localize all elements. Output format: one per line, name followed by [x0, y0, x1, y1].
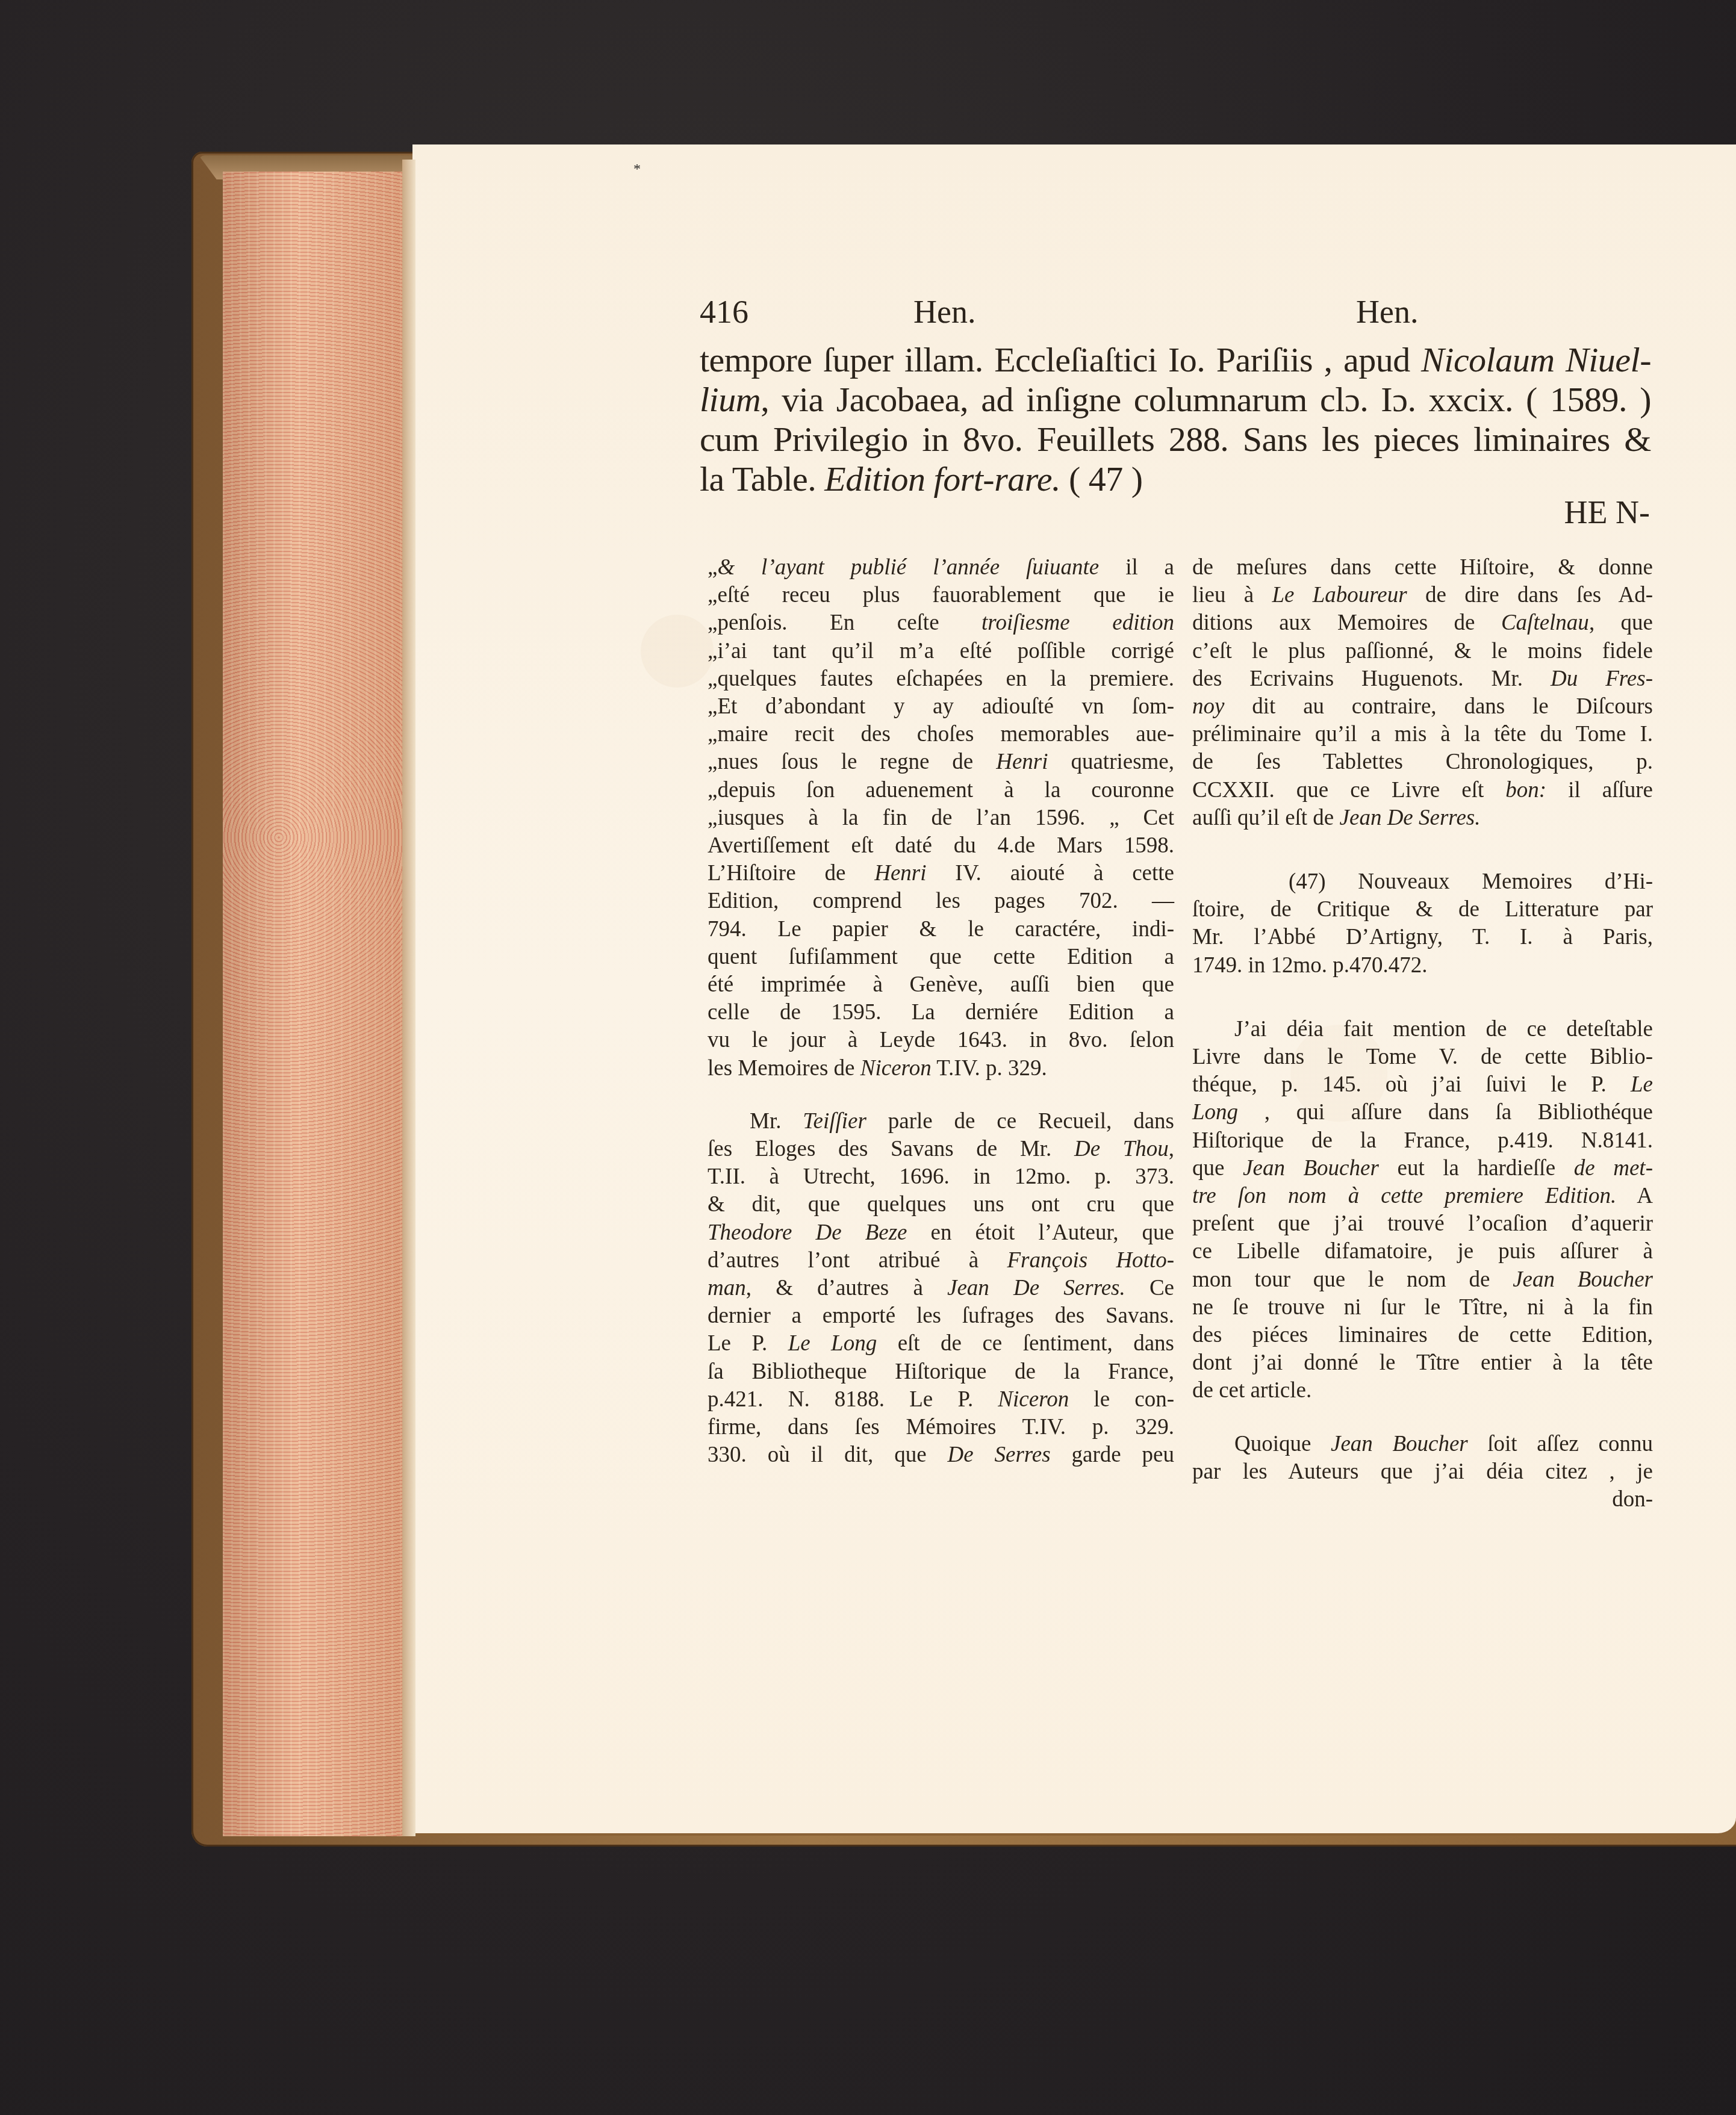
text-line: cum Privilegio in 8vo. Feuillets 288. Sa… — [700, 420, 1651, 459]
catchword-bottom: don- — [1192, 1486, 1653, 1514]
asterisk-mark: * — [633, 161, 641, 178]
text-line: théque, p. 145. où j’ai ſuivi le P. Le — [1192, 1071, 1653, 1099]
paragraph-gap — [1192, 832, 1653, 868]
text-line: par les Auteurs que j’ai déia citez , je — [1192, 1458, 1653, 1486]
running-head: 416 Hen. Hen. — [700, 288, 1651, 336]
text-line: lieu à Le Laboureur de dire dans ſes Ad- — [1192, 582, 1653, 609]
text-line: la Table. Edition fort-rare. ( 47 ) — [700, 459, 1651, 499]
text-line: & dit, que quelques uns ont cru que — [708, 1191, 1174, 1219]
text-line: de cet article. — [1192, 1377, 1653, 1405]
footnote-line: Mr. l’Abbé D’Artigny, T. I. à Paris, — [1192, 924, 1653, 951]
running-head-left: Hen. — [913, 288, 975, 336]
text-line: ce Libelle difamatoire, je puis aſſurer … — [1192, 1238, 1653, 1266]
text-line: de meſures dans cette Hiſtoire, & donne — [1192, 554, 1653, 582]
text-line: Livre dans le Tome V. de cette Biblio- — [1192, 1043, 1653, 1071]
text-line: 330. où il dit, que De Serres garde peu — [708, 1441, 1174, 1469]
text-line: auſſi qu’il eſt de Jean De Serres. — [1192, 804, 1653, 832]
left-column: „& l’ayant publié l’année ſuiuante il a … — [708, 554, 1174, 1470]
text-line: quent ſufiſamment que cette Edition a — [708, 943, 1174, 971]
text-line: ſes Eloges des Savans de Mr. De Thou, — [708, 1135, 1174, 1163]
text-line: L’Hiſtoire de Henri IV. aiouté à cette — [708, 860, 1174, 887]
text-line: des piéces liminaires de cette Edition, — [1192, 1321, 1653, 1349]
italic-name: Nicolaum Niuel- — [1421, 340, 1651, 379]
text-line: Avertiſſement eſt daté du 4.de Mars 1598… — [708, 832, 1174, 860]
text-line: 794. Le papier & le caractére, indi- — [708, 916, 1174, 943]
text-line: été imprimée à Genève, auſſi bien que — [708, 971, 1174, 999]
text-line: d’autres l’ont atribué à François Hotto- — [708, 1247, 1174, 1275]
running-head-right: Hen. — [1356, 288, 1418, 336]
text-line: préliminaire qu’il a mis à la tête du To… — [1192, 721, 1653, 748]
page-number: 416 — [700, 288, 748, 336]
title-continuation-paragraph: tempore ſuper illam. Eccleſiaſtici Io. P… — [700, 340, 1651, 499]
text-line: les Memoires de Niceron T.IV. p. 329. — [708, 1055, 1174, 1082]
text-line: Le P. Le Long eſt de ce ſentiment, dans — [708, 1330, 1174, 1358]
paragraph-gap — [708, 1082, 1174, 1108]
paragraph-gap — [1192, 980, 1653, 1016]
footnote-line: ſtoire, de Critique & de Litterature par — [1192, 896, 1653, 924]
text-line: Theodore De Beze en étoit l’Auteur, que — [708, 1219, 1174, 1247]
text-line: „iusques à la fin de l’an 1596. „ Cet — [708, 804, 1174, 832]
text-line: dernier a emporté les ſufrages des Savan… — [708, 1302, 1174, 1330]
text-line: tre ſon nom à cette premiere Edition. A — [1192, 1182, 1653, 1210]
catchword-top: HE N- — [1564, 492, 1650, 532]
text-line: celle de 1595. La derniére Edition a — [708, 999, 1174, 1026]
text-line: „nues ſous le regne de Henri quatriesme, — [708, 748, 1174, 776]
page-gutter — [402, 160, 415, 1836]
text-line: J’ai déia fait mention de ce deteſtable — [1192, 1016, 1653, 1043]
text-line: Mr. Teiſſier parle de ce Recueil, dans — [708, 1108, 1174, 1135]
footnote-line: (47) Nouveaux Memoires d’Hi- — [1192, 868, 1653, 896]
text-line: „Et d’abondant y ay adiouſté vn ſom- — [708, 693, 1174, 721]
italic-name: lium — [700, 380, 761, 419]
footnote-marker: ( 47 ) — [1060, 459, 1143, 498]
text-line: „penſois. En ceſte troiſiesme edition — [708, 609, 1174, 637]
footnote-line: 1749. in 12mo. p.470.472. — [1192, 952, 1653, 980]
text-line: „& l’ayant publié l’année ſuiuante il a — [708, 554, 1174, 582]
text-line: „i’ai tant qu’il m’a eſté poſſible corri… — [708, 638, 1174, 665]
text-line: dont j’ai donné le Tître entier à la têt… — [1192, 1349, 1653, 1377]
text-line: ditions aux Memoires de Caſtelnau, que — [1192, 609, 1653, 637]
text-line: lium, via Jacobaea, ad inſigne columnaru… — [700, 380, 1651, 420]
text-line: vu le jour à Leyde 1643. in 8vo. ſelon — [708, 1026, 1174, 1054]
text-line: des Ecrivains Huguenots. Mr. Du Fres- — [1192, 665, 1653, 693]
text-line: Long , qui aſſure dans ſa Bibliothéque — [1192, 1099, 1653, 1126]
text-line: noy dit au contraire, dans le Diſcours — [1192, 693, 1653, 721]
text-line: Edition, comprend les pages 702. — — [708, 887, 1174, 915]
paragraph-gap — [1192, 1405, 1653, 1430]
text-line: ne ſe trouve ni ſur le Tître, ni à la fi… — [1192, 1294, 1653, 1321]
text-line: ſa Bibliotheque Hiſtorique de la France, — [708, 1358, 1174, 1386]
text-line: preſent que j’ai trouvé l’ocaſion d’aque… — [1192, 1210, 1653, 1238]
text-line: CCXXII. que ce Livre eſt bon: il aſſure — [1192, 777, 1653, 804]
text-line: Hiſtorique de la France, p.419. N.8141. — [1192, 1127, 1653, 1155]
page-block-edge — [223, 172, 409, 1836]
text-line: man, & d’autres à Jean De Serres. Ce — [708, 1275, 1174, 1302]
right-column: de meſures dans cette Hiſtoire, & donne … — [1192, 554, 1653, 1514]
text-line: „quelques fautes eſchapées en la premier… — [708, 665, 1174, 693]
text-line: mon tour que le nom de Jean Boucher — [1192, 1266, 1653, 1294]
text-line: „eſté receu plus fauorablement que ie — [708, 582, 1174, 609]
italic-text: Edition fort-rare. — [824, 459, 1060, 498]
text-line: firme, dans ſes Mémoires T.IV. p. 329. — [708, 1414, 1174, 1441]
text-line: de ſes Tablettes Chronologiques, p. — [1192, 748, 1653, 776]
text-line: „depuis ſon aduenement à la couronne — [708, 777, 1174, 804]
text-line: „maire recit des choſes memorables aue- — [708, 721, 1174, 748]
text-line: c’eſt le plus paſſionné, & le moins fide… — [1192, 638, 1653, 665]
text-line: Quoique Jean Boucher ſoit aſſez connu — [1192, 1430, 1653, 1458]
text-line: que Jean Boucher eut la hardieſſe de met… — [1192, 1155, 1653, 1182]
text-line: tempore ſuper illam. Eccleſiaſtici Io. P… — [700, 340, 1651, 380]
text-line: p.421. N. 8188. Le P. Niceron le con- — [708, 1386, 1174, 1414]
text-line: T.II. à Utrecht, 1696. in 12mo. p. 373. — [708, 1163, 1174, 1191]
